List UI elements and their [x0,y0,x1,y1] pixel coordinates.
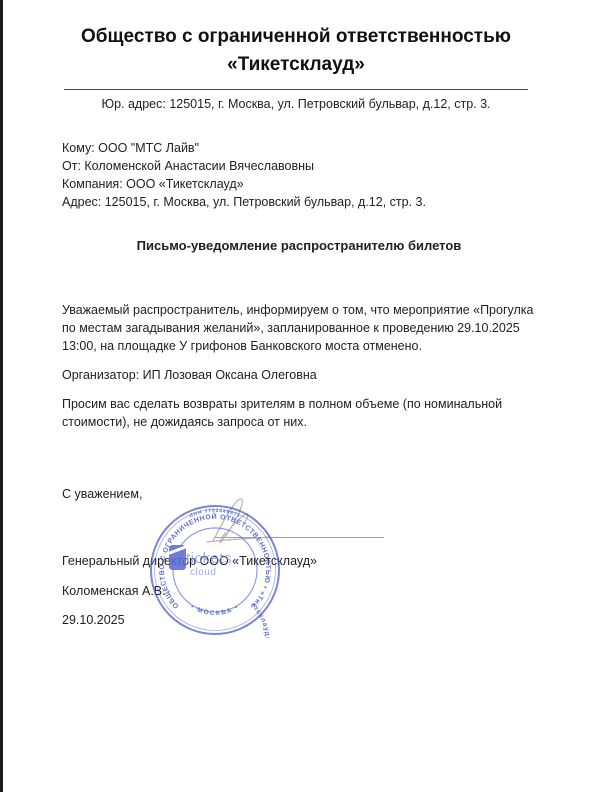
letterhead: Общество с ограниченной ответственностью… [0,0,592,112]
recipient-to: Кому: ООО "МТС Лайв" [62,139,536,157]
letter-page: Общество с ограниченной ответственностью… [0,0,592,796]
letterhead-divider [64,89,528,90]
recipient-from: От: Коломенской Анастасии Вячеславовны [62,157,536,175]
letter-date: 29.10.2025 [62,611,536,629]
paragraph-line: по местам загадывания желаний», запланир… [62,319,536,337]
paragraph-cancellation: Уважаемый распространитель, информируем … [62,301,536,355]
paragraph-refunds: Просим вас сделать возвраты зрителям в п… [62,395,536,431]
letterhead-address: Юр. адрес: 125015, г. Москва, ул. Петров… [0,97,592,112]
paragraph-line: стоимости), не дожидаясь запроса от них. [62,413,536,431]
org-name-line1: Общество с ограниченной ответственностью [0,23,592,51]
paragraph-line: 13:00, на площадке У грифонов Банковског… [62,337,536,355]
recipient-address: Адрес: 125015, г. Москва, ул. Петровский… [62,193,536,211]
signer-name: Коломенская А.В. [62,582,536,600]
recipient-company: Компания: ООО «Тикетсклауд» [62,175,536,193]
organizer-line: Организатор: ИП Лозовая Оксана Олеговна [62,366,536,384]
closing-regards: С уважением, [62,485,536,503]
paragraph-line: Просим вас сделать возвраты зрителям в п… [62,395,536,413]
paragraph-line: Уважаемый распространитель, информируем … [62,301,536,319]
letter-title: Письмо-уведомление распространителю биле… [62,238,536,254]
scan-edge-line [0,0,3,792]
signer-position: Генеральный директор ООО «Тикетсклауд» [62,552,536,570]
letter-content: Кому: ООО "МТС Лайв" От: Коломенской Ана… [0,139,592,629]
recipient-block: Кому: ООО "МТС Лайв" От: Коломенской Ана… [62,139,536,211]
signature-line [214,537,384,538]
org-name-line2: «Тикетсклауд» [0,51,592,79]
